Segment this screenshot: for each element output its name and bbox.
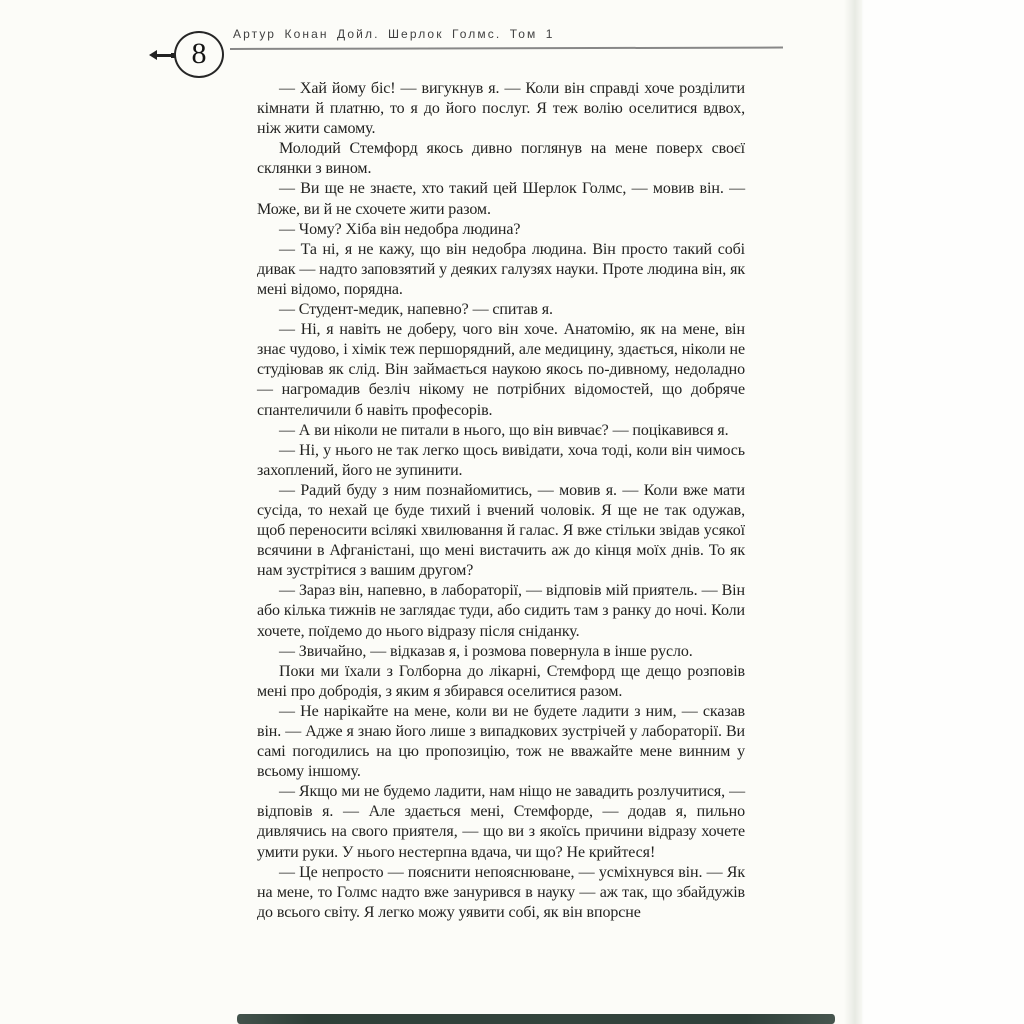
paragraph: — Ні, я навіть не доберу, чого він хоче.… [257,320,745,420]
paragraph: — Радий буду з ним познайомитись, — мови… [257,481,745,581]
paragraph: Поки ми їхали з Голборна до лікарні, Сте… [257,662,745,702]
paragraph: — Хай йому біс! — вигукнув я. — Коли він… [257,79,745,139]
paragraph: — Зараз він, напевно, в лабораторії, — в… [257,581,745,641]
running-title: Артур Конан Дойл. Шерлок Голмс. Том 1 [233,27,555,41]
paragraph: — Студент-медик, напевно? — спитав я. [257,300,745,320]
paragraph: — Не нарікайте на мене, коли ви не будет… [257,702,745,782]
paragraph: — Звичайно, — відказав я, і розмова пове… [257,642,745,662]
page-number: 8 [192,39,207,71]
page-text: — Хай йому біс! — вигукнув я. — Коли він… [257,79,745,923]
paragraph: — Це непросто — пояснити непояснюване, —… [257,863,745,923]
paragraph: Молодий Стемфорд якось дивно поглянув на… [257,139,745,179]
paragraph: — Та ні, я не кажу, що він недобра людин… [257,240,745,300]
scan-outer-margin [862,0,1024,1024]
page-number-circle: 8 [174,31,224,78]
paragraph: — Чому? Хіба він недобра людина? [257,220,745,240]
scan-edge-artifact [237,1014,835,1024]
left-arrow-icon [149,50,176,61]
paragraph: — Ні, у нього не так легко щось вивідати… [257,441,745,481]
paragraph: — А ви ніколи не питали в нього, що він … [257,421,745,441]
paragraph: — Ви ще не знаєте, хто такий цей Шерлок … [257,179,745,219]
arrow-line [155,54,171,57]
paragraph: — Якщо ми не будемо ладити, нам ніщо не … [257,782,745,862]
